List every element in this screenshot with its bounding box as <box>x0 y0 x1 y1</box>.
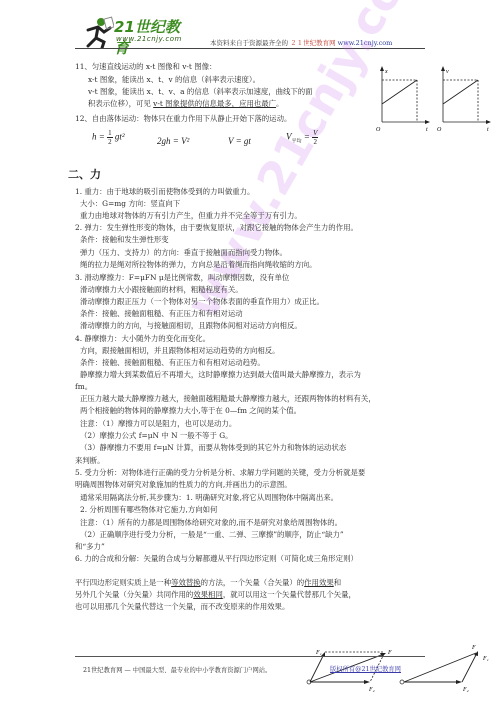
body-line: （2）摩擦力公式 f=μN 中 N 一般不等于 G。 <box>80 431 233 440</box>
svg-text:O: O <box>376 127 381 132</box>
item11-line3-underlined: v-t 图象提供的信息最多，应用也最广 <box>153 99 276 108</box>
svg-text:t: t <box>487 127 489 132</box>
x-axis-label: x <box>384 69 388 75</box>
body-line: 两个相接触的物体间的静摩擦力大小,等于在 0—fm 之间的某个值。 <box>80 406 301 415</box>
svg-text:F₁: F₁ <box>482 656 489 662</box>
item12-title: 12、自由落体运动：物体只在重力作用下从静止开始下落的运动。 <box>75 114 291 123</box>
header-tagline: 本资料来自于资源最齐全的 ２１世纪教育网 www.21cnjy.com <box>210 38 392 47</box>
svg-text:F: F <box>471 645 476 651</box>
body-line: 注意：（1）所有的力都是周围物体给研究对象的,而不是研究对象给周围物体的。 <box>80 518 342 527</box>
x-t-graph: x t O <box>376 66 430 132</box>
formula-1-lhs: h = <box>92 132 105 142</box>
body-line: 4. 静摩擦力：大小随外力的变化而变化。 <box>75 334 210 343</box>
para6-text: 平行四边形定则实质上是一种 <box>75 578 171 587</box>
logo-url: www.21cnjy.com <box>116 35 182 43</box>
body-line: 重力由地球对物体的万有引力产生，但重力并不完全等于万有引力。 <box>80 211 302 220</box>
item11-line3: 积表示位移），可见 v-t 图象提供的信息最多，应用也最广。 <box>88 99 283 108</box>
body-line: 和“多力” <box>75 542 105 551</box>
svg-text:t: t <box>426 127 428 132</box>
para6-text: 和 <box>334 578 341 587</box>
body-line: 滑动摩擦力的方向，与接触面相切，且跟物体间相对运动方向相反。 <box>80 321 302 330</box>
formula-4-num: V <box>312 129 318 138</box>
para6-text: 另外几个矢量（分矢量）共同作用的 <box>75 590 193 599</box>
formula-4-den: 2 <box>313 138 317 146</box>
vector-diagrams: F₁ F F₂ F F₁ F₂ <box>300 640 500 707</box>
body-line: 来判断。 <box>75 456 105 465</box>
footer-text: 21世纪教育网 — 中国最大型、最专业的中小学教育资源门户网站。 <box>83 665 271 674</box>
body-line: 方向，跟接触面相切，并且跟物体相对运动趋势的方向相反。 <box>80 346 280 355</box>
v-t-graph: v t O <box>437 66 491 132</box>
para6-text: ，就可以用这一个矢量代替那几个矢量， <box>223 590 356 599</box>
para6-line1: 平行四边形定则实质上是一种等效替换的方法，一个矢量（合矢量）的作用效果和 <box>75 578 341 587</box>
item11-line1: x-t 图象，能读出 x、t、v 的信息（斜率表示速度）。 <box>88 75 260 84</box>
svg-text:F₂: F₂ <box>462 687 469 693</box>
motion-graphs: x t O v t O <box>368 64 498 132</box>
formula-4-sub: 平均 <box>292 139 302 144</box>
body-line: （2）正确顺序进行受力分析，一般是“一重、二弹、三摩擦”的顺序，防止“缺力” <box>80 530 344 539</box>
body-line: 滑动摩擦力跟正压力（一个物体对另一个物体表面的垂直作用力）成正比。 <box>80 297 324 306</box>
body-line: 条件：接触、接触面粗糙、有正压力和有相对运动趋势。 <box>80 358 265 367</box>
body-line: 通常采用隔离法分析,其步骤为：1. 明确研究对象,将它从周围物体中隔离出来。 <box>80 493 338 502</box>
body-line: 绳的拉力是绳对所拉物体的弹力，方向总是沿着绳而指向绳收缩的方向。 <box>80 260 317 269</box>
body-line: 5. 受力分析：对物体进行正确的受力分析是分析、求解力学问题的关键，受力分析就是… <box>75 468 365 477</box>
svg-text:O: O <box>437 127 442 132</box>
para6-underline: 作用效果 <box>304 578 334 587</box>
para6-line3: 也可以用那几个矢量代替这一个矢量，而不改变原来的作用效果。 <box>75 602 289 611</box>
formula-1-fraction: 12 <box>107 129 113 146</box>
tagline-prefix: 本资料来自于资源最齐全的 <box>210 39 288 47</box>
footer-copyright-link[interactable]: 版权所有@21世纪教育网 <box>330 664 401 673</box>
section-title-force: 二、力 <box>68 166 101 182</box>
item11-line3-pre: 积表示位移），可见 <box>88 99 153 108</box>
formula-velocity: V = gt <box>228 136 251 146</box>
body-line: 滑动摩擦力大小跟接触面的材料，粗糙程度有关。 <box>80 285 243 294</box>
item11-line3-post: 。 <box>276 99 283 108</box>
formula-1-num: 1 <box>107 129 113 138</box>
logo[interactable]: 21世纪教育 www.21cnjy.com <box>84 14 194 48</box>
runner-icon <box>84 16 114 48</box>
triangle-diagram: F F₁ F₂ <box>400 645 489 693</box>
para6-line2: 另外几个矢量（分矢量）共同作用的效果相同，就可以用这一个矢量代替那几个矢量， <box>75 590 356 599</box>
body-line: 条件：接触和发生弹性形变 <box>80 235 169 244</box>
formula-average-velocity: V平均 = V2 <box>286 129 318 146</box>
body-line: 2. 分析周围有哪些物体对它施力,方向如何 <box>80 505 217 514</box>
body-line: fm。 <box>75 382 92 391</box>
body-line: 注意：（1）摩擦力可以是阻力，也可以是动力。 <box>80 419 236 428</box>
formula-1-den: 2 <box>108 138 112 146</box>
body-line: 大小：G=mg 方向：竖直向下 <box>80 199 180 208</box>
body-line: 1. 重力：由于地球的吸引而使物体受到的力叫做重力。 <box>75 187 254 196</box>
svg-text:F₂: F₂ <box>368 687 375 693</box>
item11-title: 11、匀速直线运动的 x-t 图像和 v-t 图像： <box>75 62 216 71</box>
body-line: 2. 弹力：发生弹性形变的物体，由于要恢复原状，对跟它接触的物体会产生力的作用。 <box>75 223 358 232</box>
footer-divider <box>75 656 425 657</box>
para6-underline: 效果相同 <box>193 590 223 599</box>
body-line: 正压力越大最大静摩擦力越大，接触面越粗糙最大静摩擦力越大，还跟两物体的材料有关， <box>80 394 376 403</box>
body-line: 弹力（压力、支持力）的方向：垂直于接触面而指向受力物体。 <box>80 248 287 257</box>
formula-4-fraction: V2 <box>312 129 318 146</box>
svg-text:v: v <box>446 69 449 75</box>
body-line: 明确周围物体对研究对象施加的性质力的方向,并画出力的示意图。 <box>75 480 292 489</box>
formula-1-rhs: gt² <box>115 132 125 142</box>
formula-4-eq: = <box>304 132 310 142</box>
body-line: 6. 力的合成和分解：矢量的合成与分解都遵从平行四边形定则（可简化成三角形定则） <box>75 554 358 563</box>
para6-underline: 等效替换 <box>171 578 201 587</box>
body-line: 3. 滑动摩擦力：F=μFN μ是比例常数，叫动摩擦因数，没有单位 <box>75 273 289 282</box>
formula-velocity-squared: 2gh = V² <box>157 136 189 146</box>
item11-line2: v-t 图象，能读出 x、t、v、a 的信息（斜率表示加速度，曲线下的面 <box>88 87 313 96</box>
body-line: 静摩擦力增大到某数值后不再增大，这时静摩擦力达到最大值叫最大静摩擦力，表示为 <box>80 370 361 379</box>
header-divider <box>75 48 425 49</box>
para6-text: 的方法，一个矢量（合矢量）的 <box>201 578 304 587</box>
formula-height: h = 12 gt² <box>92 129 125 146</box>
tagline-url-link[interactable]: www.21cnjy.com <box>338 39 393 47</box>
body-line: 条件：接触、接触面粗糙、有正压力和有相对运动 <box>80 309 243 318</box>
body-line: （3）静摩擦力不要用 f=μN 计算，而要从物体受到的其它外力和物体的运动状态 <box>80 443 346 452</box>
tagline-brand: ２１世纪教育网 <box>290 39 336 47</box>
